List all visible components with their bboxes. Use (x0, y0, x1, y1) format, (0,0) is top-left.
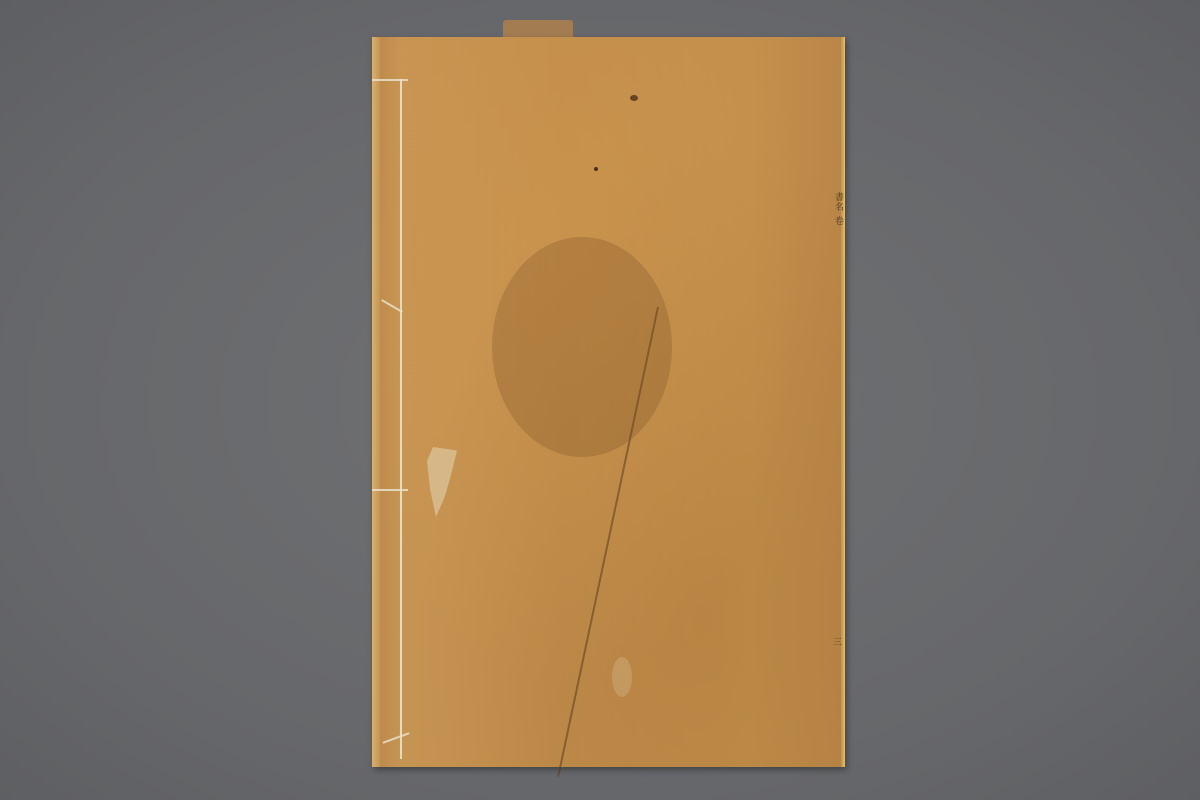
binding-stitch-top (372, 79, 408, 81)
fore-edge-title: 書名 卷 (833, 192, 843, 226)
binding-stitch-bottom (383, 732, 410, 743)
fore-edge (841, 37, 845, 767)
ink-spot (594, 167, 598, 171)
fore-edge-volume: 三 (833, 637, 843, 646)
ink-spot (630, 95, 638, 101)
spine-edge (372, 37, 380, 767)
binding-stitch-lower (372, 489, 408, 491)
worn-patch (612, 657, 632, 697)
water-stain (492, 237, 672, 457)
book-cover: 書名 卷 三 (372, 37, 845, 767)
cover-tear (427, 447, 457, 517)
binding-thread (400, 79, 402, 759)
